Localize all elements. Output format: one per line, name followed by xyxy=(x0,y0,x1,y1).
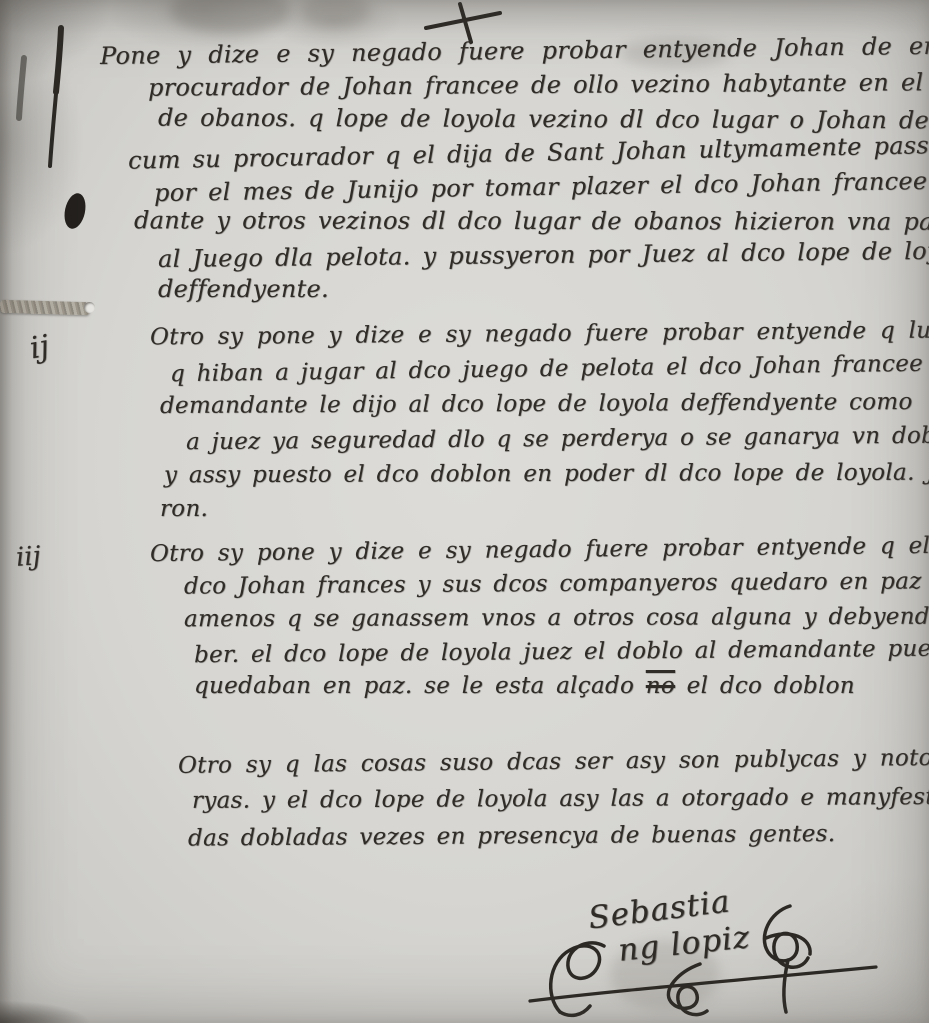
manuscript-line: y assy puesto el dco doblon en poder dl … xyxy=(164,456,928,494)
manuscript-line: ron. xyxy=(160,492,928,527)
manuscript-line: Otro sy q las cosas suso dcas ser asy so… xyxy=(178,740,918,785)
paper-stain xyxy=(300,0,370,28)
rubric-flourish-center xyxy=(668,964,707,1015)
manuscript-line: ber. el dco lope de loyola juez el doblo… xyxy=(194,632,928,672)
struck-word: no xyxy=(646,673,675,699)
manuscript-line: a juez ya seguredad dlo q se perderya o … xyxy=(186,419,928,460)
binding-thread xyxy=(0,300,90,315)
manuscript-line: amenos q se ganassem vnos a otros cosa a… xyxy=(184,600,928,637)
ink-blot xyxy=(61,191,88,230)
paragraph-1: Pone y dize e sy negado fuere probar ent… xyxy=(96,34,926,306)
faint-margin-stroke xyxy=(19,58,24,118)
manuscript-line: demandante le dijo al dco lope de loyola… xyxy=(160,385,928,424)
rubric-flourish-left xyxy=(551,943,604,1016)
rubric-flourish-right xyxy=(764,906,810,1012)
manuscript-line: dco Johan frances y sus dcos companyeros… xyxy=(184,564,928,603)
manuscript-line: procurador de Johan francee de ollo vezi… xyxy=(148,65,926,104)
manuscript-page: Pone y dize e sy negado fuere probar ent… xyxy=(0,0,929,1023)
manuscript-line: das dobladas vezes en presencya de buena… xyxy=(188,815,918,857)
page-corner-shadow xyxy=(0,999,110,1023)
margin-numeral-ij: ij xyxy=(27,329,52,367)
manuscript-line: deffendyente. xyxy=(158,272,926,306)
signature-underline xyxy=(530,967,876,1001)
paragraph-3: Otro sy pone y dize e sy negado fuere pr… xyxy=(148,533,928,703)
sewing-hole xyxy=(84,302,95,313)
paper-stain xyxy=(170,0,290,34)
margin-numeral-iij: iij xyxy=(15,541,42,573)
paragraph-stroke xyxy=(50,28,61,166)
manuscript-line: al Juego dla pelota. y pussyeron por Jue… xyxy=(158,234,926,276)
manuscript-line: dante y otros vezinos dl dco lugar de ob… xyxy=(134,203,926,238)
paragraph-2: Otro sy pone y dize e sy negado fuere pr… xyxy=(148,317,928,527)
line-text: quedaban en paz. se le esta alçado xyxy=(194,673,646,699)
manuscript-line: quedaban en paz. se le esta alçado no el… xyxy=(194,669,928,703)
paragraph-4: Otro sy q las cosas suso dcas ser asy so… xyxy=(178,744,918,855)
line-text: el dco doblon xyxy=(675,673,855,699)
manuscript-line: ryas. y el dco lope de loyola asy las a … xyxy=(192,779,918,820)
